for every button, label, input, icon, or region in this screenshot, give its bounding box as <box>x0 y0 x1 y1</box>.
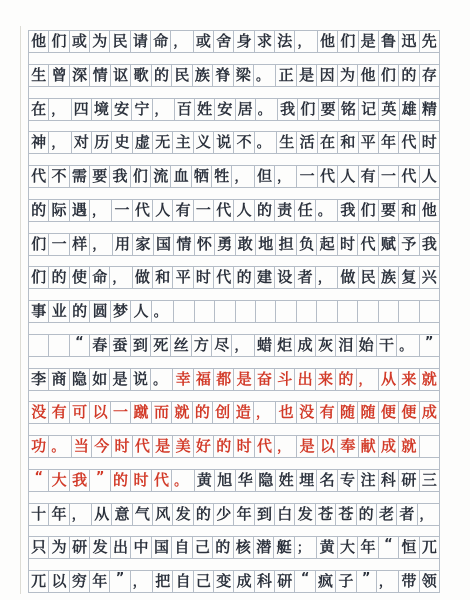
char-cell: 无 <box>153 132 173 153</box>
char-cell: 建 <box>255 267 275 288</box>
char-cell: 一 <box>379 166 399 187</box>
char-cell: 。 <box>152 301 174 322</box>
char-cell: 予 <box>399 234 419 255</box>
char-cell: 代 <box>29 166 49 187</box>
char-cell: 梁 <box>234 65 254 86</box>
char-cell: 发 <box>90 537 110 558</box>
char-cell: 大 <box>338 537 358 558</box>
char-cell: 而 <box>152 402 172 423</box>
char-cell: 雄 <box>400 99 420 120</box>
char-cell: ， <box>275 436 297 457</box>
char-cell: 使 <box>70 267 90 288</box>
char-cell: 生 <box>29 65 49 86</box>
char-cell: 一 <box>112 200 132 221</box>
char-cell: 代 <box>318 166 338 187</box>
char-cell: 四 <box>72 99 92 120</box>
char-cell: 大 <box>49 470 69 491</box>
char-cell: 当 <box>72 436 92 457</box>
char-cell: 担 <box>276 234 296 255</box>
empty-cell <box>49 335 69 356</box>
char-cell: 境 <box>92 99 112 120</box>
char-cell: 业 <box>49 301 69 322</box>
char-cell: 虚 <box>133 132 153 153</box>
char-cell: 。 <box>316 200 338 221</box>
char-cell: 曾 <box>49 65 69 86</box>
char-cell: 讴 <box>111 65 131 86</box>
char-cell: 随 <box>358 402 378 423</box>
char-cell: 灰 <box>316 335 336 356</box>
char-cell: 发 <box>295 504 315 525</box>
char-cell: 年 <box>358 537 378 558</box>
char-cell: 们 <box>29 234 49 255</box>
char-cell: 变 <box>214 571 234 592</box>
essay-row: “大我”的时代。黄旭华隐姓埋名专注科研三 <box>29 469 439 492</box>
char-cell: 义 <box>194 132 214 153</box>
char-cell: 兀 <box>29 571 49 592</box>
char-cell: 年 <box>90 571 110 592</box>
essay-row: 神，对历史虚无主义说不。生活在和平年代时 <box>29 131 439 154</box>
char-cell: 兀 <box>420 537 439 558</box>
char-cell: 勇 <box>215 234 235 255</box>
char-cell: 们 <box>49 31 69 52</box>
char-cell: ， <box>171 31 193 52</box>
empty-cell <box>174 301 194 322</box>
char-cell: 生 <box>277 132 297 153</box>
essay-row: 李商隐如是说。幸福都是奋斗出来的，从来就 <box>29 368 439 391</box>
char-cell: ， <box>90 234 112 255</box>
char-cell: 有 <box>49 402 69 423</box>
char-cell: 奉 <box>338 436 358 457</box>
char-cell: 在 <box>29 99 49 120</box>
char-cell: 献 <box>359 436 379 457</box>
char-cell: 华 <box>236 470 256 491</box>
char-cell: 隐 <box>70 369 90 390</box>
char-cell: 尽 <box>212 335 232 356</box>
essay-row: 兀以穷年”，把自己变成科研“疯子”，带领 <box>29 570 439 593</box>
char-cell: 美 <box>173 436 193 457</box>
char-cell: 是 <box>153 436 173 457</box>
char-cell: 福 <box>194 369 214 390</box>
char-cell: 幸 <box>173 369 193 390</box>
char-cell: 求 <box>255 31 275 52</box>
char-cell: 圆 <box>90 301 110 322</box>
char-cell: 命 <box>90 267 110 288</box>
char-cell: 代 <box>214 267 234 288</box>
char-cell: 旭 <box>215 470 235 491</box>
char-cell: 研 <box>70 537 90 558</box>
char-cell: 就 <box>172 402 192 423</box>
char-cell: 的 <box>357 504 377 525</box>
char-cell: 做 <box>338 267 358 288</box>
char-cell: 鲁 <box>379 31 399 52</box>
char-cell: 都 <box>214 369 234 390</box>
char-cell: 歌 <box>131 65 151 86</box>
essay-row: “春蚕到死丝方尽，蜡炬成灰泪始干。” <box>29 334 439 357</box>
char-cell: 英 <box>379 99 399 120</box>
char-cell: 族 <box>379 267 399 288</box>
char-cell: 责 <box>275 200 295 221</box>
char-cell: 舍 <box>214 31 234 52</box>
char-cell: ， <box>49 132 71 153</box>
char-cell: 正 <box>276 65 296 86</box>
char-cell: 说 <box>131 369 151 390</box>
char-cell: 功 <box>29 436 49 457</box>
char-cell: 领 <box>420 571 439 592</box>
char-cell: 命 <box>151 31 171 52</box>
char-cell: 在 <box>318 132 338 153</box>
char-cell: 始 <box>357 335 377 356</box>
char-cell: 精 <box>420 99 439 120</box>
char-cell: 牺 <box>192 166 212 187</box>
char-cell: 我 <box>70 470 90 491</box>
char-cell: 。 <box>255 132 277 153</box>
char-cell: 的 <box>255 200 275 221</box>
char-cell: 是 <box>234 369 254 390</box>
char-cell: 民 <box>110 31 130 52</box>
char-cell: 死 <box>151 335 171 356</box>
char-cell: ， <box>49 99 71 120</box>
char-cell: 名 <box>317 470 337 491</box>
char-cell: ， <box>377 571 399 592</box>
char-cell: 今 <box>92 436 112 457</box>
char-cell: 意 <box>112 504 132 525</box>
char-cell: 十 <box>29 504 49 525</box>
char-cell: 国 <box>154 234 174 255</box>
char-cell: 白 <box>275 504 295 525</box>
char-cell: 一 <box>111 402 131 423</box>
char-cell: 造 <box>234 402 254 423</box>
char-cell: 居 <box>236 99 256 120</box>
char-cell: 丝 <box>171 335 191 356</box>
char-cell: 事 <box>29 301 49 322</box>
char-cell: 迅 <box>399 31 419 52</box>
char-cell: 方 <box>192 335 212 356</box>
char-cell: 潜 <box>254 537 274 558</box>
char-cell: 从 <box>379 369 399 390</box>
char-cell: 人 <box>338 166 358 187</box>
char-cell: 人 <box>234 200 254 221</box>
char-cell: 存 <box>420 65 439 86</box>
char-cell: 们 <box>131 166 151 187</box>
char-cell: 说 <box>214 132 234 153</box>
char-cell: 少 <box>214 504 234 525</box>
empty-cell <box>215 301 235 322</box>
char-cell: 记 <box>359 99 379 120</box>
char-cell: ， <box>110 267 132 288</box>
char-cell: 出 <box>295 369 315 390</box>
char-cell: 中 <box>131 537 151 558</box>
char-cell: “ <box>70 335 90 356</box>
char-cell: 商 <box>49 369 69 390</box>
char-cell: 好 <box>194 436 214 457</box>
char-cell: 代 <box>399 166 419 187</box>
char-cell: 成 <box>379 436 399 457</box>
char-cell: 时 <box>420 132 439 153</box>
char-cell: 自 <box>173 571 193 592</box>
essay-row: 们的使命，做和平时代的建设者，做民族复兴 <box>29 266 439 289</box>
char-cell: 设 <box>275 267 295 288</box>
char-cell: 或 <box>70 31 90 52</box>
char-cell: 兴 <box>420 267 439 288</box>
char-cell: 的 <box>29 200 49 221</box>
char-cell: 一 <box>297 166 317 187</box>
char-cell: 负 <box>297 234 317 255</box>
char-cell: 要 <box>319 99 339 120</box>
char-cell: 干 <box>377 335 397 356</box>
char-cell: 年 <box>379 132 399 153</box>
char-cell: 。 <box>172 470 194 491</box>
empty-cell <box>399 301 419 322</box>
char-cell: 苍 <box>316 504 336 525</box>
char-cell: 铭 <box>339 99 359 120</box>
char-cell: 的 <box>213 537 233 558</box>
empty-cell <box>358 301 378 322</box>
char-cell: ” <box>357 571 377 592</box>
char-cell: 样 <box>70 234 90 255</box>
char-cell: 平 <box>359 132 379 153</box>
char-cell: 人 <box>153 200 173 221</box>
char-cell: 成 <box>234 571 254 592</box>
char-cell: 脊 <box>213 65 233 86</box>
char-cell: 时 <box>338 234 358 255</box>
char-cell: 炬 <box>275 335 295 356</box>
char-cell: 风 <box>153 504 173 525</box>
char-cell: 不 <box>49 166 69 187</box>
char-cell: 者 <box>295 267 315 288</box>
char-cell: 有 <box>359 166 379 187</box>
char-cell: 国 <box>152 537 172 558</box>
char-cell: 把 <box>153 571 173 592</box>
char-cell: 到 <box>131 335 151 356</box>
char-cell: ” <box>110 571 130 592</box>
char-cell: 代 <box>152 470 172 491</box>
char-cell: 的 <box>336 369 356 390</box>
char-cell: 研 <box>275 571 295 592</box>
char-cell: 历 <box>92 132 112 153</box>
char-cell: 代 <box>358 234 378 255</box>
char-cell: 成 <box>420 402 439 423</box>
char-cell: 便 <box>399 402 419 423</box>
char-cell: 苍 <box>336 504 356 525</box>
empty-cell <box>420 436 439 457</box>
essay-row: 只为研发出中国自己的核潜艇；黄大年“恒兀 <box>29 536 439 559</box>
char-cell: 平 <box>173 267 193 288</box>
char-cell: 神 <box>29 132 49 153</box>
char-cell: 复 <box>399 267 419 288</box>
char-cell: 对 <box>72 132 92 153</box>
char-cell: 科 <box>255 571 275 592</box>
essay-row: 他们或为民请命，或舍身求法，他们是鲁迅先 <box>29 30 439 53</box>
char-cell: 因 <box>317 65 337 86</box>
char-cell: 穷 <box>70 571 90 592</box>
char-cell: 注 <box>358 470 378 491</box>
char-cell: 研 <box>399 470 419 491</box>
char-cell: 黄 <box>195 470 215 491</box>
char-cell: 先 <box>420 31 439 52</box>
char-cell: 没 <box>29 402 49 423</box>
char-cell: 我 <box>110 166 130 187</box>
char-cell: 埋 <box>297 470 317 491</box>
char-cell: 们 <box>298 99 318 120</box>
char-cell: 年 <box>49 504 69 525</box>
char-cell: 是 <box>359 31 379 52</box>
char-cell: 但 <box>255 166 275 187</box>
char-cell: 泪 <box>336 335 356 356</box>
char-cell: 年 <box>234 504 254 525</box>
char-cell: 成 <box>295 335 315 356</box>
char-cell: 牲 <box>212 166 232 187</box>
char-cell: 专 <box>338 470 358 491</box>
char-cell: 发 <box>173 504 193 525</box>
char-cell: 代 <box>133 436 153 457</box>
char-cell: 需 <box>70 166 90 187</box>
char-cell: 赋 <box>379 234 399 255</box>
essay-row: 的际遇，一代人有一代人的责任。我们要和他 <box>29 199 439 222</box>
char-cell: 斗 <box>275 369 295 390</box>
char-cell: 为 <box>90 31 110 52</box>
char-cell: 春 <box>90 335 110 356</box>
essay-row: 们一样，用家国情怀勇敢地担负起时代赋予我 <box>29 233 439 256</box>
char-cell: 随 <box>338 402 358 423</box>
char-cell: 起 <box>317 234 337 255</box>
char-cell: 梦 <box>111 301 131 322</box>
char-cell: 情 <box>90 65 110 86</box>
char-cell: 族 <box>193 65 213 86</box>
empty-cell <box>317 301 337 322</box>
char-cell: 请 <box>131 31 151 52</box>
char-cell: 创 <box>213 402 233 423</box>
char-cell: 任 <box>295 200 315 221</box>
char-cell: 们 <box>29 267 49 288</box>
char-cell: 就 <box>399 436 419 457</box>
char-cell: 是 <box>297 436 317 457</box>
char-cell: 姓 <box>276 470 296 491</box>
char-cell: ， <box>232 166 254 187</box>
char-cell: ， <box>153 99 175 120</box>
char-cell: 他 <box>420 200 439 221</box>
char-cell: 也 <box>276 402 296 423</box>
char-cell: 蚕 <box>110 335 130 356</box>
essay-row: 功。当今时代是美好的时代，是以奉献成就 <box>29 435 439 458</box>
char-cell: 际 <box>49 200 69 221</box>
char-cell: 科 <box>379 470 399 491</box>
char-cell: 和 <box>153 267 173 288</box>
char-cell: 是 <box>110 369 130 390</box>
empty-cell <box>276 301 296 322</box>
char-cell: 遇 <box>70 200 90 221</box>
char-cell: 。 <box>254 65 276 86</box>
char-cell: 。 <box>49 436 71 457</box>
char-cell: 一 <box>49 234 69 255</box>
char-cell: 宁 <box>132 99 152 120</box>
char-cell: 代 <box>255 436 275 457</box>
char-cell: 代 <box>399 132 419 153</box>
empty-cell <box>195 301 215 322</box>
char-cell: 和 <box>338 132 358 153</box>
char-cell: 做 <box>133 267 153 288</box>
char-cell: ， <box>232 335 254 356</box>
char-cell: 用 <box>113 234 133 255</box>
char-cell: 的 <box>194 504 214 525</box>
char-cell: 有 <box>173 200 193 221</box>
char-cell: 子 <box>336 571 356 592</box>
char-cell: 要 <box>90 166 110 187</box>
essay-row: 生曾深情讴歌的民族脊梁。正是因为他们的存 <box>29 64 439 87</box>
char-cell: 就 <box>420 369 439 390</box>
char-cell: “ <box>29 470 49 491</box>
char-cell: 出 <box>111 537 131 558</box>
char-cell: 带 <box>399 571 419 592</box>
char-cell: 来 <box>316 369 336 390</box>
char-cell: ， <box>418 504 439 525</box>
char-cell: 他 <box>358 65 378 86</box>
essay-row: 代不需要我们流血牺牲，但，一代人有一代人 <box>29 165 439 188</box>
char-cell: 三 <box>420 470 439 491</box>
char-cell: 时 <box>131 470 151 491</box>
char-cell: 以 <box>318 436 338 457</box>
char-cell: 百 <box>175 99 195 120</box>
empty-cell <box>420 301 439 322</box>
char-cell: 疯 <box>316 571 336 592</box>
char-cell: 家 <box>133 234 153 255</box>
char-cell: 的 <box>70 301 90 322</box>
essay-row: 事业的圆梦人。 <box>29 300 439 323</box>
char-cell: 我 <box>338 200 358 221</box>
char-cell: 没 <box>297 402 317 423</box>
paper-edge-line <box>20 26 21 594</box>
char-cell: 到 <box>255 504 275 525</box>
char-cell: 的 <box>49 267 69 288</box>
char-cell: ， <box>357 369 379 390</box>
empty-cell <box>379 301 399 322</box>
char-cell: 们 <box>379 65 399 86</box>
char-cell: 的 <box>214 436 234 457</box>
char-cell: 李 <box>29 369 49 390</box>
char-cell: 们 <box>359 200 379 221</box>
char-cell: 的 <box>234 267 254 288</box>
char-cell: ， <box>90 200 112 221</box>
empty-cell <box>297 301 317 322</box>
char-cell: 老 <box>377 504 397 525</box>
char-cell: 深 <box>70 65 90 86</box>
char-cell: 时 <box>234 436 254 457</box>
char-cell: 如 <box>90 369 110 390</box>
empty-cell <box>256 301 276 322</box>
char-cell: 气 <box>133 504 153 525</box>
char-cell: 时 <box>112 436 132 457</box>
char-cell: ， <box>295 31 317 52</box>
char-cell: 民 <box>359 267 379 288</box>
char-cell: 和 <box>399 200 419 221</box>
essay-row: 在，四境安宁，百姓安居。我们要铭记英雄精 <box>29 98 439 121</box>
char-cell: 们 <box>338 31 358 52</box>
char-cell: 代 <box>214 200 234 221</box>
char-cell: 便 <box>379 402 399 423</box>
char-cell: 为 <box>49 537 69 558</box>
char-cell: 情 <box>174 234 194 255</box>
char-cell: 的 <box>111 470 131 491</box>
char-cell: 他 <box>318 31 338 52</box>
char-cell: 的 <box>193 402 213 423</box>
char-cell: 蜡 <box>255 335 275 356</box>
char-cell: 安 <box>215 99 235 120</box>
char-cell: 他 <box>29 31 49 52</box>
char-cell: ， <box>254 402 276 423</box>
char-cell: ， <box>131 571 153 592</box>
char-cell: 敢 <box>236 234 256 255</box>
char-cell: 代 <box>133 200 153 221</box>
char-cell: 我 <box>278 99 298 120</box>
